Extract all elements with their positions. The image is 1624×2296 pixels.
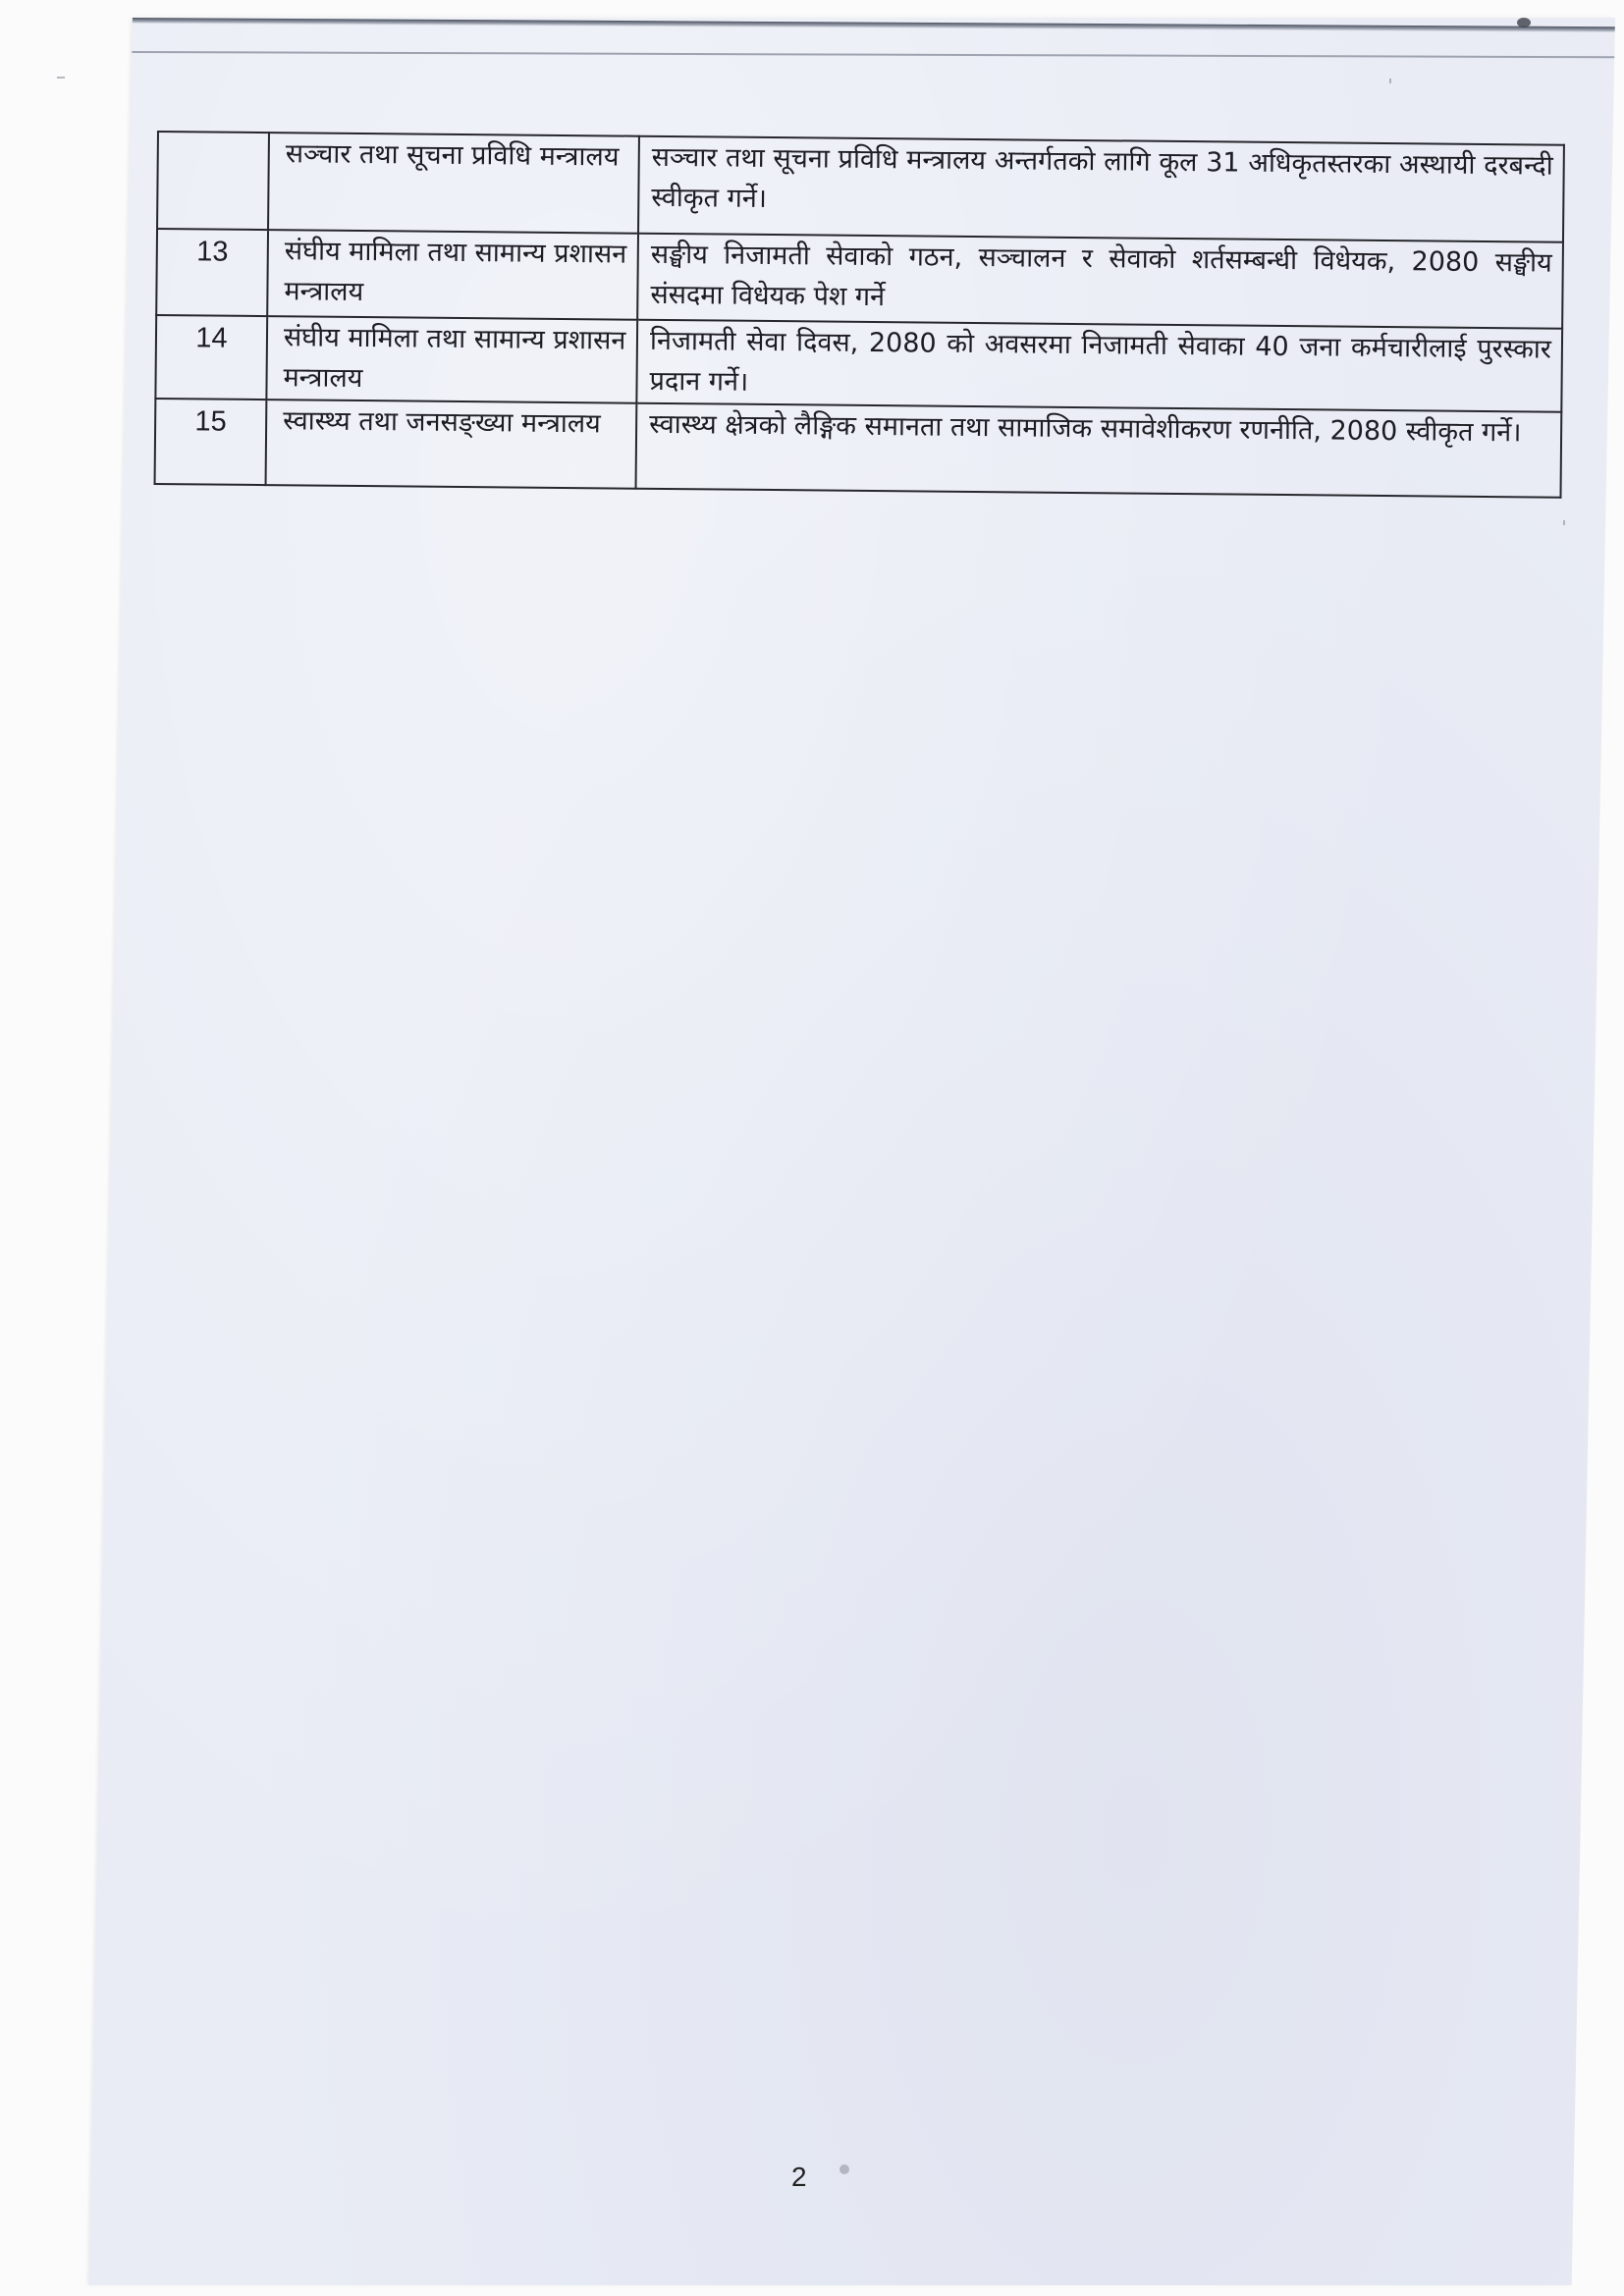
ministry-name: सञ्चार तथा सूचना प्रविधि मन्त्रालय bbox=[268, 133, 639, 234]
decision-text: निजामती सेवा दिवस, 2080 को अवसरमा निजामत… bbox=[636, 320, 1562, 412]
dust-speck bbox=[839, 2164, 849, 2174]
row-number: 13 bbox=[156, 229, 268, 316]
table-row: सञ्चार तथा सूचना प्रविधि मन्त्रालय सञ्चा… bbox=[157, 132, 1564, 242]
row-number: 15 bbox=[155, 399, 267, 485]
scan-speck bbox=[1389, 79, 1391, 83]
ministry-name: संघीय मामिला तथा सामान्य प्रशासन मन्त्रा… bbox=[266, 316, 637, 403]
table-row: 15 स्वास्थ्य तथा जनसङ्ख्या मन्त्रालय स्व… bbox=[155, 399, 1562, 498]
decision-text: स्वास्थ्य क्षेत्रको लैङ्गिक समानता तथा स… bbox=[636, 403, 1562, 498]
paper-fold-line bbox=[132, 51, 1614, 58]
table-row: 14 संघीय मामिला तथा सामान्य प्रशासन मन्त… bbox=[155, 315, 1562, 412]
cabinet-decisions-table: सञ्चार तथा सूचना प्रविधि मन्त्रालय सञ्चा… bbox=[154, 131, 1563, 499]
scan-speck bbox=[57, 77, 65, 79]
table-row: 13 संघीय मामिला तथा सामान्य प्रशासन मन्त… bbox=[156, 229, 1563, 329]
scan-speck bbox=[1563, 520, 1565, 525]
page-number: 2 bbox=[791, 2162, 807, 2193]
ministry-name: स्वास्थ्य तथा जनसङ्ख्या मन्त्रालय bbox=[266, 400, 637, 489]
decisions-table: सञ्चार तथा सूचना प्रविधि मन्त्रालय सञ्चा… bbox=[154, 131, 1565, 499]
scanned-document: सञ्चार तथा सूचना प्रविधि मन्त्रालय सञ्चा… bbox=[0, 0, 1624, 2296]
ministry-name: संघीय मामिला तथा सामान्य प्रशासन मन्त्रा… bbox=[267, 230, 638, 320]
paper-top-edge bbox=[133, 18, 1615, 32]
row-number bbox=[157, 132, 269, 230]
decision-text: सञ्चार तथा सूचना प्रविधि मन्त्रालय अन्तर… bbox=[638, 136, 1564, 242]
punch-hole-mark bbox=[1517, 18, 1531, 27]
row-number: 14 bbox=[155, 315, 267, 400]
decision-text: सङ्घीय निजामती सेवाको गठन, सञ्चालन र सेव… bbox=[637, 234, 1563, 329]
